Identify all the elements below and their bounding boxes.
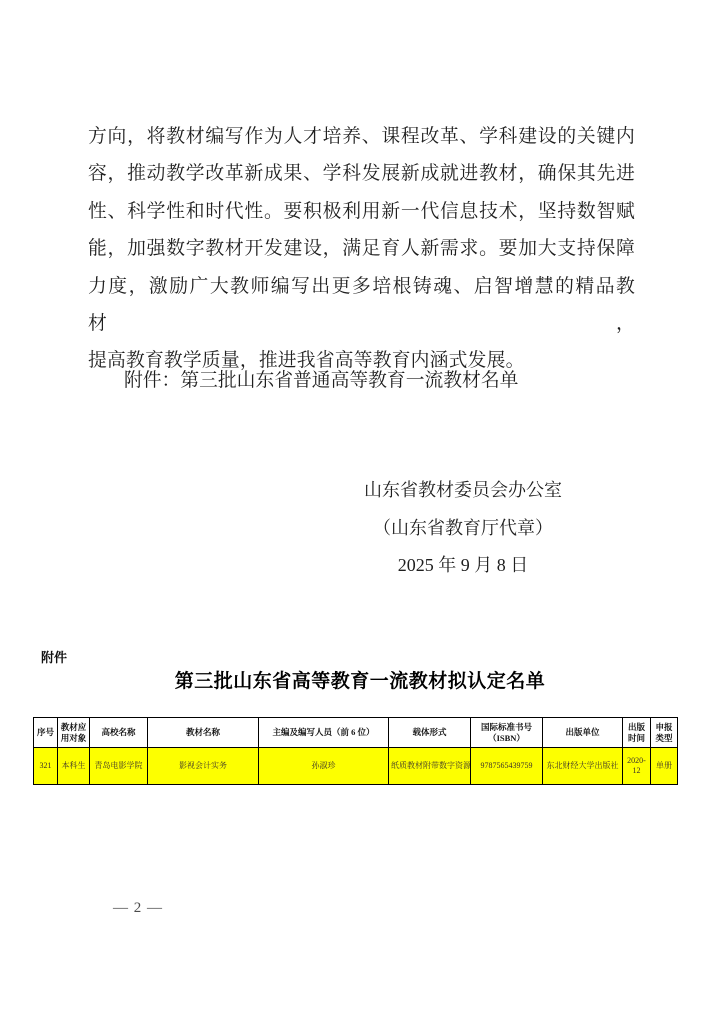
signature-block: 山东省教材委员会办公室 （山东省教育厅代章） 2025 年 9 月 8 日 bbox=[338, 472, 588, 585]
cell-pub-date: 2020-12 bbox=[623, 748, 651, 785]
cell-seq: 321 bbox=[34, 748, 58, 785]
table-header-row: 序号 教材应用对象 高校名称 教材名称 主编及编写人员（前 6 位） 载体形式 … bbox=[34, 718, 678, 748]
document-page: 方向，将教材编写作为人才培养、课程改革、学科建设的关键内 容，推动教学改革新成果… bbox=[0, 0, 720, 1018]
materials-table: 序号 教材应用对象 高校名称 教材名称 主编及编写人员（前 6 位） 载体形式 … bbox=[33, 717, 678, 785]
header-textbook: 教材名称 bbox=[148, 718, 259, 748]
cell-textbook: 影视会计实务 bbox=[148, 748, 259, 785]
body-paragraph: 方向，将教材编写作为人才培养、课程改革、学科建设的关键内 容，推动教学改革新成果… bbox=[88, 118, 635, 380]
cell-apply-type: 单册 bbox=[651, 748, 678, 785]
page-number: — 2 — bbox=[88, 900, 188, 917]
body-line: 容，推动教学改革新成果、学科发展新成就进教材，确保其先进 bbox=[88, 155, 635, 192]
signature-date: 2025 年 9 月 8 日 bbox=[338, 547, 588, 585]
body-line: 方向，将教材编写作为人才培养、课程改革、学科建设的关键内 bbox=[88, 118, 635, 155]
header-apply-type: 申报类型 bbox=[651, 718, 678, 748]
header-publisher: 出版单位 bbox=[543, 718, 623, 748]
table-row: 321 本科生 青岛电影学院 影视会计实务 孙淑珍 纸质教材附带数字资源 978… bbox=[34, 748, 678, 785]
cell-editors: 孙淑珍 bbox=[259, 748, 389, 785]
header-pub-date: 出版时间 bbox=[623, 718, 651, 748]
header-carrier: 载体形式 bbox=[389, 718, 471, 748]
header-target: 教材应用对象 bbox=[58, 718, 90, 748]
signature-org: 山东省教材委员会办公室 bbox=[338, 472, 588, 510]
header-editors: 主编及编写人员（前 6 位） bbox=[259, 718, 389, 748]
signature-seal-note: （山东省教育厅代章） bbox=[338, 510, 588, 548]
header-isbn: 国际标准书号（ISBN） bbox=[471, 718, 543, 748]
table-title: 第三批山东省高等教育一流教材拟认定名单 bbox=[0, 666, 720, 693]
appendix-label: 附件 bbox=[41, 647, 67, 666]
header-seq: 序号 bbox=[34, 718, 58, 748]
cell-university: 青岛电影学院 bbox=[90, 748, 148, 785]
attachment-reference-line: 附件：第三批山东省普通高等教育一流教材名单 bbox=[88, 368, 635, 394]
cell-publisher: 东北财经大学出版社 bbox=[543, 748, 623, 785]
header-university: 高校名称 bbox=[90, 718, 148, 748]
cell-isbn: 9787565439759 bbox=[471, 748, 543, 785]
body-line: 力度，激励广大教师编写出更多培根铸魂、启智增慧的精品教材， bbox=[88, 268, 635, 343]
cell-target: 本科生 bbox=[58, 748, 90, 785]
body-line: 性、科学性和时代性。要积极利用新一代信息技术，坚持数智赋 bbox=[88, 193, 635, 230]
cell-carrier: 纸质教材附带数字资源 bbox=[389, 748, 471, 785]
body-line: 能，加强数字教材开发建设，满足育人新需求。要加大支持保障 bbox=[88, 230, 635, 267]
